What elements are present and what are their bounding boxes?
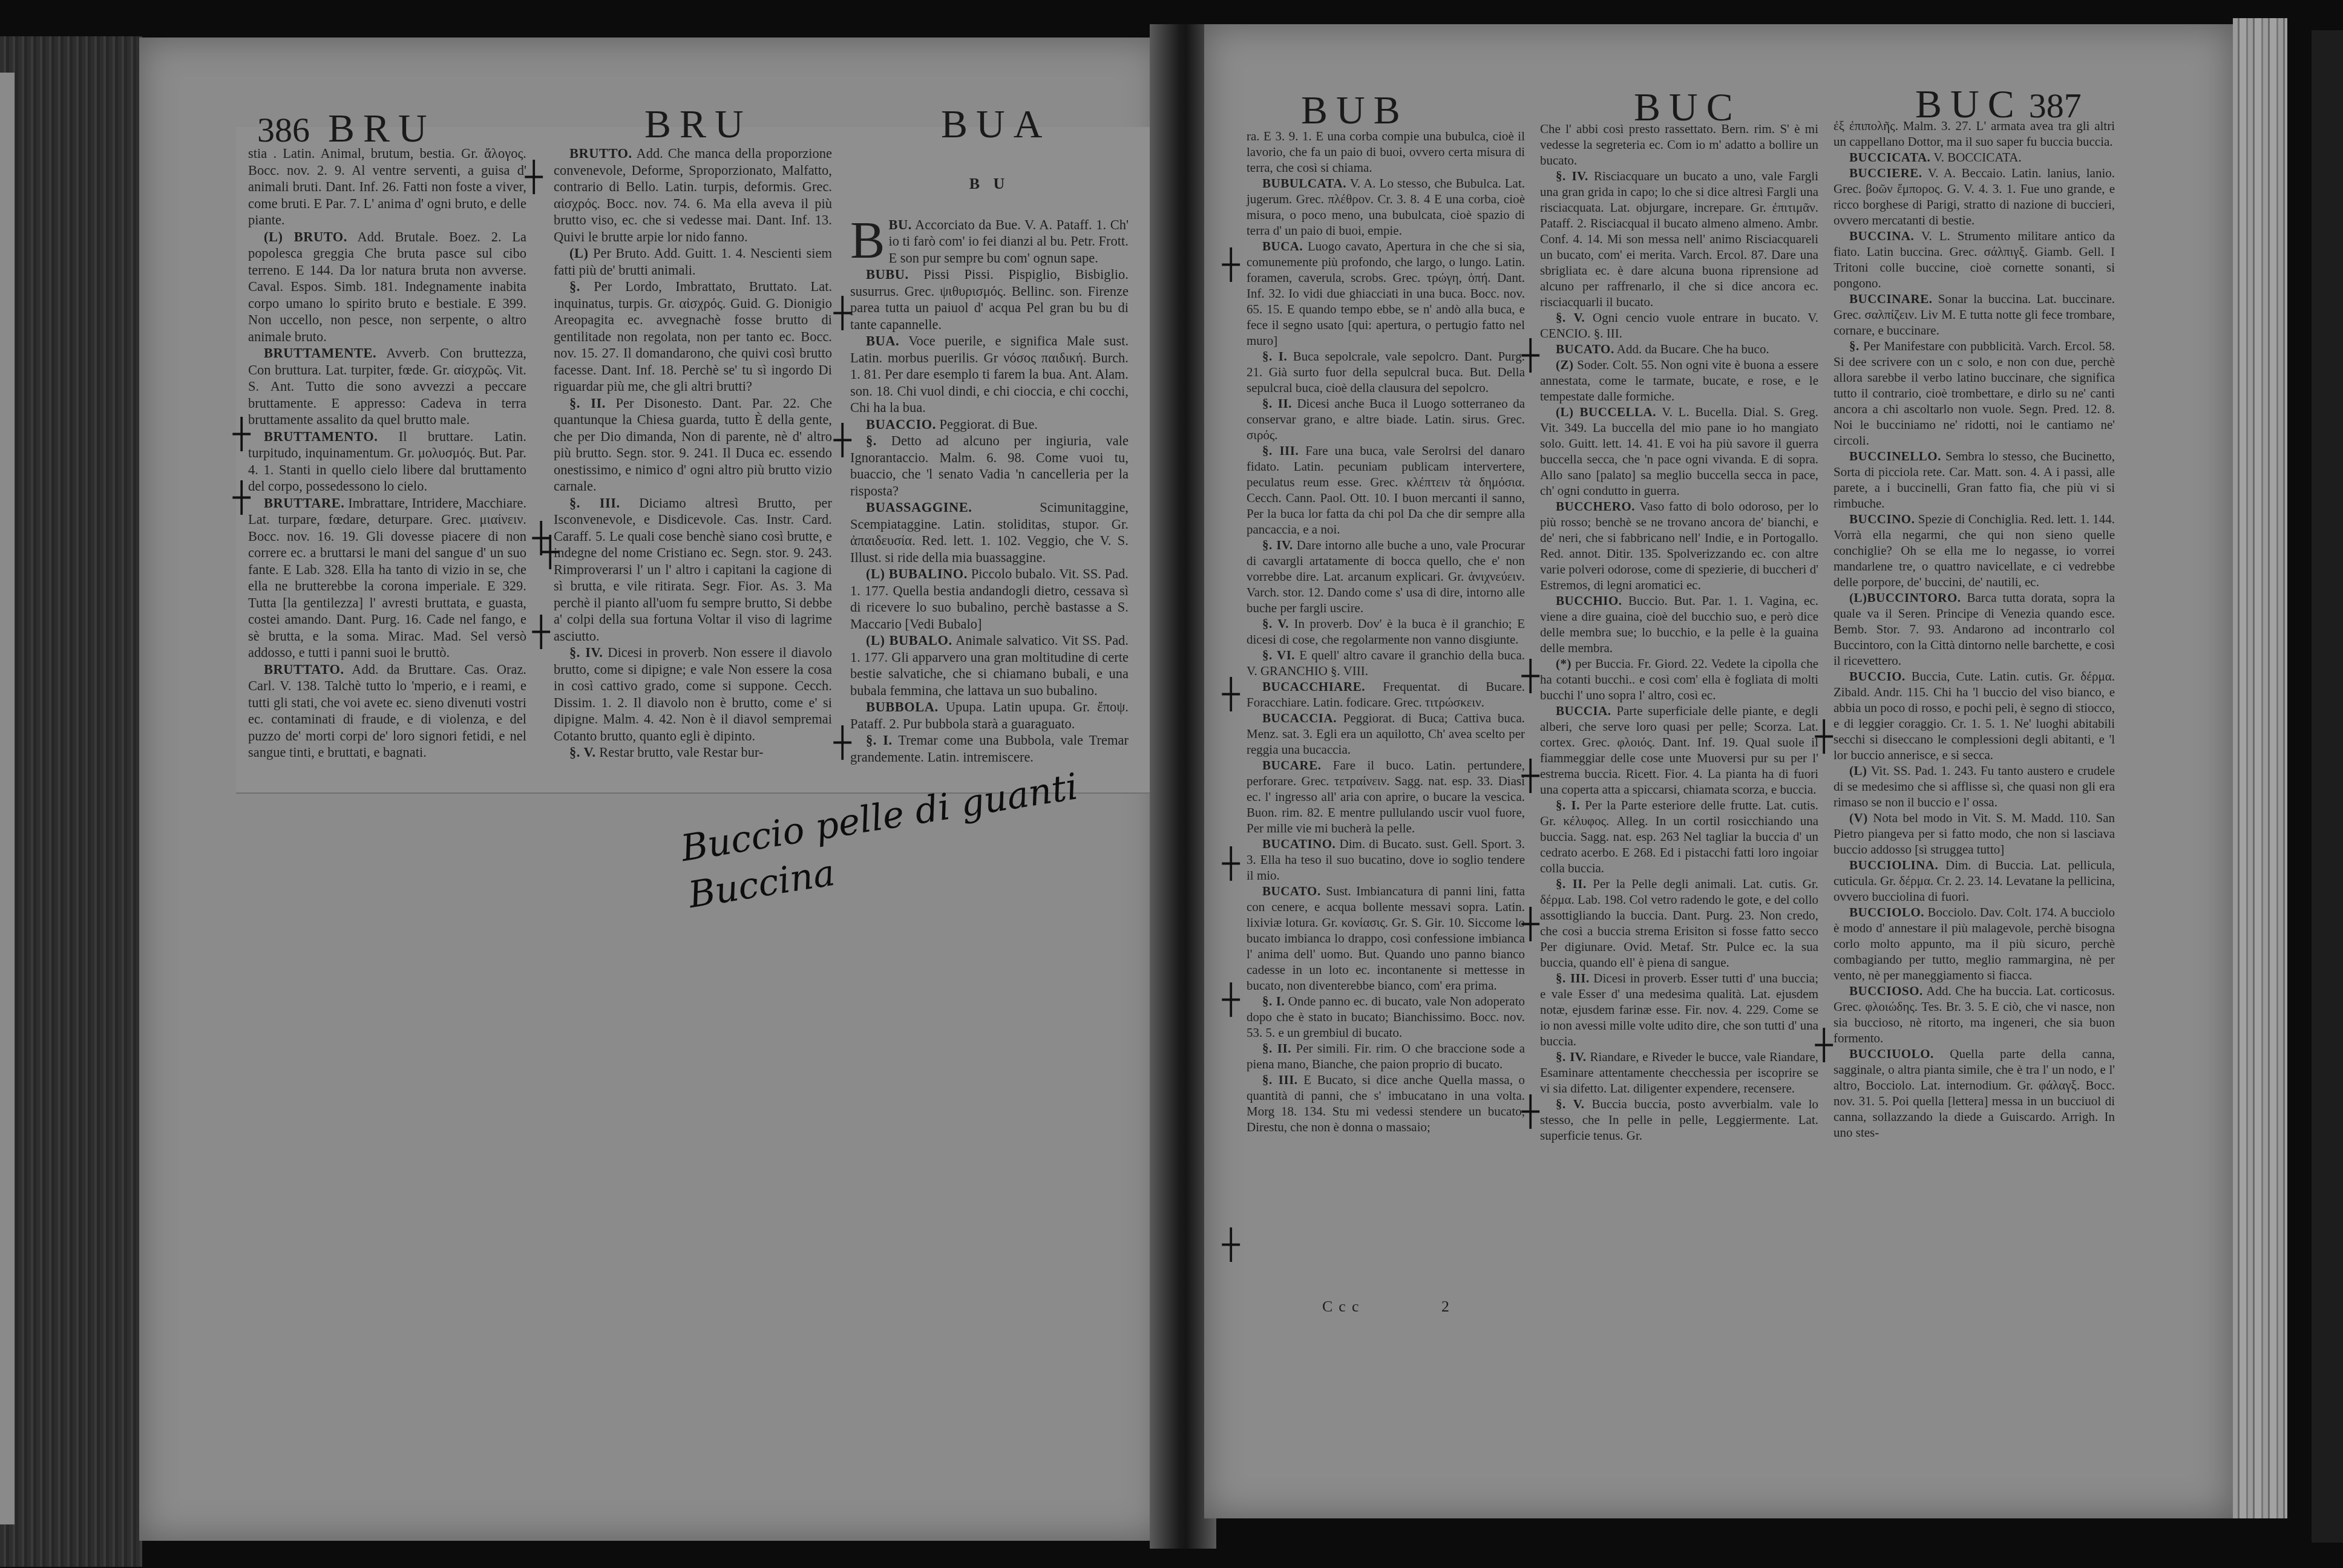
headword: (*) bbox=[1556, 656, 1571, 671]
dict-entry: BUCCIA. Parte superficiale delle piante,… bbox=[1540, 703, 1818, 797]
headword: BUCCINARE. bbox=[1849, 292, 1932, 306]
headword: §. I. bbox=[866, 733, 893, 748]
margin-cross-mark: ┼ bbox=[1522, 759, 1539, 793]
entry-text: ἐξ ἐπιπολῆς. Malm. 3. 27. L' armata avea… bbox=[1833, 119, 2115, 149]
margin-cross-mark: ┼ bbox=[1222, 678, 1240, 711]
headword: (Z) bbox=[1556, 358, 1574, 372]
entry-text: Risciacquare un bucato a uno, vale Fargl… bbox=[1540, 169, 1818, 309]
headword: §. II. bbox=[1556, 877, 1587, 891]
headword: §. III. bbox=[1262, 1073, 1298, 1087]
section-heading: B U bbox=[850, 175, 1129, 192]
right-column-2: Che l' abbi così presto rassettato. Bern… bbox=[1540, 121, 1818, 1143]
dict-entry: BUCCIUOLO. Quella parte della canna, sag… bbox=[1833, 1046, 2115, 1140]
entry-text: Sust. Imbiancatura di panni lini, fatta … bbox=[1247, 884, 1525, 993]
headword: BUCCIERE. bbox=[1849, 166, 1922, 180]
headword: BUCCIOLINA. bbox=[1849, 858, 1938, 872]
dict-entry: BBU. Accorciato da Bue. V. A. Pataff. 1.… bbox=[850, 217, 1129, 267]
dict-entry: BRUTTARE. Imbrattare, Intridere, Macchia… bbox=[248, 495, 526, 661]
entry-text: Buca sepolcrale, vale sepolcro. Dant. Pu… bbox=[1247, 349, 1525, 395]
dict-entry: BUCCICATA. V. BOCCICATA. bbox=[1833, 149, 2115, 165]
entry-text: Per Bruto. Add. Guitt. 1. 4. Nescienti s… bbox=[554, 246, 832, 278]
headword: BUCCHERO. bbox=[1556, 499, 1635, 514]
headword: §. III. bbox=[569, 495, 620, 511]
headword: §. IV. bbox=[1556, 1050, 1587, 1064]
headword: §. I. bbox=[1556, 798, 1580, 812]
dict-entry: BUCCIOSO. Add. Che ha buccia. Lat. corti… bbox=[1833, 983, 2115, 1046]
headword: (L) BUBALO. bbox=[866, 633, 952, 648]
entry-text: Per Manifestare con pubblicità. Varch. E… bbox=[1833, 339, 2115, 448]
entry-text: Accorciato da Bue. V. A. Pataff. 1. Ch' … bbox=[888, 217, 1129, 266]
headword: BUCCIUOLO. bbox=[1849, 1047, 1934, 1061]
margin-cross-mark: ┼ bbox=[834, 296, 851, 330]
headword: (L) bbox=[569, 246, 589, 261]
dict-entry: BUCACCIA. Peggiorat. di Buca; Cattiva bu… bbox=[1247, 710, 1525, 757]
dict-entry: §. I. Per la Parte esteriore delle frutt… bbox=[1540, 797, 1818, 876]
headword: §. bbox=[866, 433, 877, 448]
headword: BUACCIO. bbox=[866, 417, 936, 432]
right-column-1: ra. E 3. 9. 1. E una corba compie una bu… bbox=[1247, 128, 1525, 1135]
left-column-2: BRUTTO. Add. Che manca della proporzione… bbox=[554, 145, 832, 761]
dict-entry: (L) BUBALINO. Piccolo bubalo. Vit. SS. P… bbox=[850, 566, 1129, 632]
headword: (L)BUCCINTORO. bbox=[1849, 590, 1961, 605]
dict-entry: §. V. Buccia buccia, posto avverbialm. v… bbox=[1540, 1096, 1818, 1143]
dict-entry: BUCARE. Fare il buco. Latin. pertundere,… bbox=[1247, 757, 1525, 836]
dict-entry: (L) BUCCELLA. V. L. Bucella. Dial. S. Gr… bbox=[1540, 404, 1818, 498]
right-page-leaves bbox=[2233, 18, 2287, 1518]
headword: §. bbox=[569, 279, 580, 294]
dict-entry: stia . Latin. Animal, brutum, bestia. Gr… bbox=[248, 145, 526, 229]
entry-text: Nota bel modo in Vit. S. M. Madd. 110. S… bbox=[1833, 811, 2115, 857]
headword: BUCCIO. bbox=[1849, 669, 1906, 684]
dict-entry: Che l' abbi così presto rassettato. Bern… bbox=[1540, 121, 1818, 168]
entry-text: Add. Brutale. Boez. 2. La popolesca greg… bbox=[248, 229, 526, 344]
dict-entry: §. V. Ogni cencio vuole entrare in bucat… bbox=[1540, 310, 1818, 341]
dict-entry: ἐξ ἐπιπολῆς. Malm. 3. 27. L' armata avea… bbox=[1833, 118, 2115, 149]
headword: §. IV. bbox=[1556, 169, 1588, 183]
entry-text: Add. da Bucare. Che ha buco. bbox=[1617, 342, 1769, 356]
dict-entry: (L) BRUTO. Add. Brutale. Boez. 2. La pop… bbox=[248, 229, 526, 345]
dict-entry: BUCA. Luogo cavato, Apertura in che che … bbox=[1247, 238, 1525, 348]
headword: BUCCIA. bbox=[1556, 704, 1611, 718]
headword: BUCACCHIARE. bbox=[1262, 679, 1365, 694]
dict-entry: §. Per Lordo, Imbrattato, Bruttato. Lat.… bbox=[554, 278, 832, 395]
right-cover bbox=[2312, 30, 2343, 1543]
margin-cross-mark: ┼ bbox=[1522, 339, 1539, 373]
headword: §. II. bbox=[1262, 396, 1292, 411]
left-cover-edge bbox=[0, 73, 15, 1524]
headword: §. IV. bbox=[1262, 538, 1293, 552]
margin-cross-mark: ┼ bbox=[1222, 1228, 1240, 1262]
headword: §. II. bbox=[569, 396, 606, 411]
signature-mark: Ccc 2 bbox=[1322, 1298, 1455, 1316]
headword: BUCCINA. bbox=[1849, 229, 1914, 243]
dict-entry: (V) Nota bel modo in Vit. S. M. Madd. 11… bbox=[1833, 810, 2115, 857]
dict-entry: BUACCIO. Peggiorat. di Bue. bbox=[850, 416, 1129, 433]
headword: §. III. bbox=[1262, 443, 1299, 458]
dict-entry: §. II. Dicesi anche Buca il Luogo sotter… bbox=[1247, 396, 1525, 443]
dict-entry: §. V. In proverb. Dov' è la buca è il gr… bbox=[1247, 616, 1525, 647]
entry-text: Imbrattare, Intridere, Macchiare. Lat. t… bbox=[248, 495, 526, 661]
dict-entry: (L) BUBALO. Animale salvatico. Vit SS. P… bbox=[850, 632, 1129, 699]
dict-entry: §. II. Per Disonesto. Dant. Par. 22. Che… bbox=[554, 395, 832, 495]
dict-entry: BUCCINA. V. L. Strumento militare antico… bbox=[1833, 228, 2115, 291]
margin-cross-mark: ┼ bbox=[1222, 847, 1240, 881]
margin-cross-mark: ┼ bbox=[1815, 720, 1833, 754]
dict-entry: ra. E 3. 9. 1. E una corba compie una bu… bbox=[1247, 128, 1525, 175]
headword: BUCATINO. bbox=[1262, 837, 1335, 851]
dict-entry: BRUTTO. Add. Che manca della proporzione… bbox=[554, 145, 832, 245]
dict-entry: §. II. Per simili. Fir. rim. O che bracc… bbox=[1247, 1040, 1525, 1072]
headword: §. V. bbox=[1556, 1097, 1585, 1111]
entry-text: Detto ad alcuno per ingiuria, vale Ignor… bbox=[850, 433, 1129, 498]
dict-entry: §. I. Tremar come una Bubbola, vale Trem… bbox=[850, 732, 1129, 765]
dict-entry: BUCCIERE. V. A. Beccaio. Latin. lanius, … bbox=[1833, 165, 2115, 228]
entry-text: Restar brutto, vale Restar bur- bbox=[599, 745, 763, 760]
dict-entry: BUBULCATA. V. A. Lo stesso, che Bubulca.… bbox=[1247, 175, 1525, 238]
dict-entry: BUCCINO. Spezie di Conchiglia. Red. lett… bbox=[1833, 511, 2115, 590]
headword: (V) bbox=[1849, 811, 1868, 825]
headword: BUBU. bbox=[866, 267, 909, 282]
dict-entry: §. V. Restar brutto, vale Restar bur- bbox=[554, 744, 832, 761]
dict-entry: (L)BUCCINTORO. Barca tutta dorata, sopra… bbox=[1833, 590, 2115, 668]
dict-entry: §. III. E Bucato, si dice anche Quella m… bbox=[1247, 1072, 1525, 1135]
headword: BUCCICATA. bbox=[1849, 150, 1930, 165]
headword: §. I. bbox=[1262, 994, 1285, 1008]
headword: BU. bbox=[888, 217, 911, 232]
entry-text: Che l' abbi così presto rassettato. Bern… bbox=[1540, 122, 1818, 168]
headword: BRUTTO. bbox=[569, 146, 632, 161]
dict-entry: BUCACCHIARE. Frequentat. di Bucare. Fora… bbox=[1247, 679, 1525, 710]
dict-entry: BUCCINARE. Sonar la buccina. Lat. buccin… bbox=[1833, 291, 2115, 338]
signature-letters: Ccc bbox=[1322, 1298, 1365, 1315]
headword: §. III. bbox=[1556, 971, 1590, 985]
entry-text: Vit. SS. Pad. 1. 243. Fu tanto austero e… bbox=[1833, 763, 2115, 809]
headword: BUCATO. bbox=[1262, 884, 1321, 898]
headword: BUCCINELLO. bbox=[1849, 449, 1941, 463]
headword: BUCATO. bbox=[1556, 342, 1614, 356]
right-column-3: ἐξ ἐπιπολῆς. Malm. 3. 27. L' armata avea… bbox=[1833, 118, 2115, 1140]
dict-entry: BRUTTATO. Add. da Bruttare. Cas. Oraz. C… bbox=[248, 661, 526, 761]
dict-entry: (L) Per Bruto. Add. Guitt. 1. 4. Nescien… bbox=[554, 245, 832, 278]
running-head-text: BRU bbox=[328, 106, 436, 151]
headword: BUCA. bbox=[1262, 239, 1303, 253]
left-running-head-2: BRU bbox=[644, 102, 752, 148]
headword: §. bbox=[1849, 339, 1860, 353]
entry-text: Diciamo altresì Brutto, per Isconvenevol… bbox=[554, 495, 832, 644]
entry-text: Luogo cavato, Apertura in che che si sia… bbox=[1247, 239, 1525, 348]
entry-text: Peggiorat. di Bue. bbox=[940, 417, 1038, 432]
dict-entry: BUCATO. Add. da Bucare. Che ha buco. bbox=[1540, 341, 1818, 357]
headword: BRUTTARE. bbox=[264, 495, 344, 511]
headword: §. VI. bbox=[1262, 648, 1295, 662]
headword: §. V. bbox=[569, 745, 596, 760]
margin-cross-mark: ┼ bbox=[532, 615, 550, 649]
headword: BUCCIOSO. bbox=[1849, 984, 1923, 998]
entry-text: ra. E 3. 9. 1. E una corba compie una bu… bbox=[1247, 129, 1525, 175]
headword: §. II. bbox=[1262, 1041, 1291, 1056]
margin-cross-mark: ┼ bbox=[233, 417, 251, 451]
dict-entry: §. III. Diciamo altresì Brutto, per Isco… bbox=[554, 495, 832, 645]
dict-entry: §. III. Fare una buca, vale Serolrsi del… bbox=[1247, 443, 1525, 537]
margin-cross-mark: ┼ bbox=[834, 726, 851, 760]
dict-entry: §. III. Dicesi in proverb. Esser tutti d… bbox=[1540, 970, 1818, 1049]
entry-text: Soder. Colt. 55. Non ogni vite è buona a… bbox=[1540, 358, 1818, 403]
margin-cross-mark: ┼ bbox=[1222, 983, 1240, 1017]
margin-cross-mark: ┼ bbox=[1222, 248, 1240, 282]
left-column-3: B U BBU. Accorciato da Bue. V. A. Pataff… bbox=[850, 163, 1129, 765]
headword: BUA. bbox=[866, 333, 899, 348]
dict-entry: BUCATO. Sust. Imbiancatura di panni lini… bbox=[1247, 883, 1525, 993]
headword: §. V. bbox=[1556, 310, 1585, 325]
dict-entry: §. IV. Risciacquare un bucato a uno, val… bbox=[1540, 168, 1818, 310]
headword: BRUTTATO. bbox=[264, 662, 344, 677]
margin-cross-mark: ┼ bbox=[1815, 1028, 1833, 1062]
dict-entry: BUA. Voce puerile, e significa Male sust… bbox=[850, 333, 1129, 416]
margin-cross-mark: ┼ bbox=[233, 481, 251, 515]
dict-entry: BUBBOLA. Upupa. Latin upupa. Gr. ἔποψ. P… bbox=[850, 699, 1129, 732]
margin-cross-mark: ┼ bbox=[1522, 659, 1539, 693]
dict-entry: §. II. Per la Pelle degli animali. Lat. … bbox=[1540, 876, 1818, 970]
headword: BRUTTAMENTE. bbox=[264, 345, 376, 361]
headword: BUCCINO. bbox=[1849, 512, 1915, 526]
dict-entry: §. I. Onde panno ec. di bucato, vale Non… bbox=[1247, 993, 1525, 1040]
dict-entry: BRUTTAMENTO. Il bruttare. Latin. turpitu… bbox=[248, 428, 526, 495]
headword: §. I. bbox=[1262, 349, 1287, 364]
entry-text: Onde panno ec. di bucato, vale Non adope… bbox=[1247, 994, 1525, 1040]
margin-cross-mark: ┼ bbox=[525, 160, 543, 194]
headword: (L) BRUTO. bbox=[264, 229, 347, 244]
headword: BUBBOLA. bbox=[866, 699, 939, 714]
signature-number: 2 bbox=[1441, 1298, 1455, 1315]
drop-cap: B bbox=[850, 219, 885, 261]
dict-entry: §. VI. E quell' altro cavare il granchio… bbox=[1247, 647, 1525, 679]
dict-entry: BUCATINO. Dim. di Bucato. sust. Gell. Sp… bbox=[1247, 836, 1525, 883]
headword: BUCCIOLO. bbox=[1849, 905, 1924, 920]
headword: §. IV. bbox=[569, 645, 603, 660]
margin-cross-mark: ┼ bbox=[1522, 1095, 1539, 1129]
page-number-left: 386 bbox=[257, 110, 310, 149]
dict-entry: BUCCHERO. Vaso fatto di bolo odoroso, pe… bbox=[1540, 498, 1818, 593]
entry-text: Per la Parte esteriore delle frutte. Lat… bbox=[1540, 798, 1818, 875]
margin-cross-mark: ┼ bbox=[834, 423, 851, 457]
dict-entry: (L) Vit. SS. Pad. 1. 243. Fu tanto auste… bbox=[1833, 763, 2115, 810]
entry-text: Per Lordo, Imbrattato, Bruttato. Lat. in… bbox=[554, 279, 832, 394]
dict-entry: §. Per Manifestare con pubblicità. Varch… bbox=[1833, 338, 2115, 448]
dict-entry: §. I. Buca sepolcrale, vale sepolcro. Da… bbox=[1247, 348, 1525, 396]
dict-entry: BUCCIO. Buccia, Cute. Latin. cutis. Gr. … bbox=[1833, 668, 2115, 763]
headword: §. V. bbox=[1262, 616, 1289, 631]
left-running-head-3: BUA bbox=[941, 102, 1050, 148]
dict-entry: BUCCIOLO. Bocciolo. Dav. Colt. 174. A bu… bbox=[1833, 904, 2115, 983]
left-page-block-edge bbox=[0, 36, 142, 1567]
headword: (L) BUCCELLA. bbox=[1556, 405, 1656, 419]
entry-text: stia . Latin. Animal, brutum, bestia. Gr… bbox=[248, 146, 526, 227]
dict-entry: §. IV. Dare intorno alle buche a uno, va… bbox=[1247, 537, 1525, 616]
dict-entry: BUCCINELLO. Sembra lo stesso, che Bucine… bbox=[1833, 448, 2115, 511]
left-column-1: stia . Latin. Animal, brutum, bestia. Gr… bbox=[248, 145, 526, 761]
headword: BUCARE. bbox=[1262, 758, 1321, 773]
dict-entry: §. IV. Dicesi in proverb. Non essere il … bbox=[554, 644, 832, 744]
right-running-head-1: BUB bbox=[1301, 88, 1409, 134]
margin-cross-mark: ┼ bbox=[542, 535, 559, 569]
margin-cross-mark: ┼ bbox=[1522, 907, 1539, 941]
dict-entry: (*) per Buccia. Fr. Giord. 22. Vedete la… bbox=[1540, 656, 1818, 703]
headword: BUASSAGGINE. bbox=[866, 500, 972, 515]
entry-text: per Buccia. Fr. Giord. 22. Vedete la cip… bbox=[1540, 656, 1818, 702]
headword: BUBULCATA. bbox=[1262, 176, 1346, 191]
dict-entry: §. Detto ad alcuno per ingiuria, vale Ig… bbox=[850, 433, 1129, 499]
dict-entry: BUCCIOLINA. Dim. di Buccia. Lat. pellicu… bbox=[1833, 857, 2115, 904]
dict-entry: §. IV. Riandare, e Riveder le bucce, val… bbox=[1540, 1049, 1818, 1096]
dict-entry: (Z) Soder. Colt. 55. Non ogni vite è buo… bbox=[1540, 357, 1818, 404]
headword: (L) bbox=[1849, 763, 1867, 778]
entry-text: V. BOCCICATA. bbox=[1933, 150, 2022, 165]
headword: BRUTTAMENTO. bbox=[264, 429, 378, 444]
dict-entry: BUCCHIO. Buccio. But. Par. 1. 1. Vagina,… bbox=[1540, 593, 1818, 656]
headword: BUCACCIA. bbox=[1262, 711, 1337, 725]
headword: BUCCHIO. bbox=[1556, 593, 1622, 608]
dict-entry: BRUTTAMENTE. Avverb. Con bruttezza, Con … bbox=[248, 345, 526, 428]
headword: (L) BUBALINO. bbox=[866, 566, 968, 581]
dict-entry: BUBU. Pissi Pissi. Pispiglio, Bisbiglio.… bbox=[850, 266, 1129, 333]
dict-entry: BUASSAGGINE. Scimunitaggine, Scempiatagg… bbox=[850, 499, 1129, 566]
